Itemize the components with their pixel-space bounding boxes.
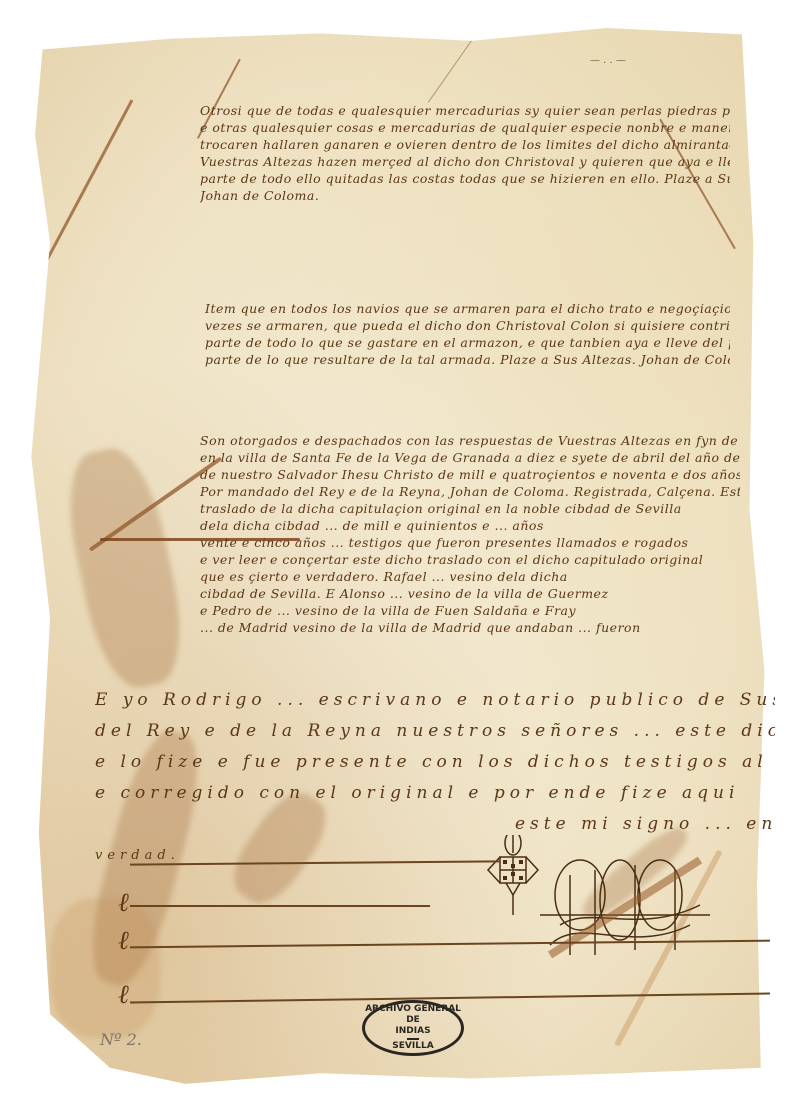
text-line: parte de todo ello quitadas las costas t… — [200, 170, 730, 187]
rule-hook-icon: ℓ — [118, 980, 129, 1010]
text-line: que es çierto e verdadero. Rafael ... ve… — [200, 568, 740, 585]
stamp-line-4: SEVILLA — [392, 1041, 433, 1052]
text-line: Vuestras Altezas hazen merçed al dicho d… — [200, 153, 730, 170]
text-line: parte de todo lo que se gastare en el ar… — [205, 334, 730, 351]
text-line: Por mandado del Rey e de la Reyna, Johan… — [200, 483, 740, 500]
stamp-line-2: DE — [406, 1015, 420, 1026]
paper-crack — [428, 28, 480, 102]
water-stain — [56, 441, 194, 694]
text-line: vente e cinco años ... testigos que fuer… — [200, 534, 740, 551]
catalog-number: Nº 2. — [100, 1030, 142, 1049]
archive-stamp: ARCHIVO GENERAL DE INDIAS SEVILLA — [362, 1000, 464, 1056]
paper-crack — [9, 99, 134, 330]
text-line: cibdad de Sevilla. E Alonso ... vesino d… — [200, 585, 740, 602]
text-line: parte de lo que resultare de la tal arma… — [205, 351, 730, 368]
paragraph-1: Otrosi que de todas e qualesquier mercad… — [200, 102, 730, 204]
text-line: de nuestro Salvador Ihesu Christo de mil… — [200, 466, 740, 483]
notarial-signum-icon — [478, 835, 548, 915]
marginal-marks: — . . — — [590, 55, 626, 66]
text-line: Son otorgados e despachados con las resp… — [200, 432, 740, 449]
notarial-paragraph: E yo Rodrigo ... escrivano e notario pub… — [95, 685, 775, 871]
text-line: vezes se armaren, que pueda el dicho don… — [205, 317, 730, 334]
stamp-line-1: ARCHIVO GENERAL — [365, 1004, 461, 1015]
stamp-divider — [407, 1038, 419, 1040]
text-line: ... de Madrid vesino de la villa de Madr… — [200, 619, 740, 636]
stamp-line-3: INDIAS — [395, 1026, 430, 1037]
text-line: Otrosi que de todas e qualesquier mercad… — [200, 102, 730, 119]
text-line: del Rey e de la Reyna nuestros señores .… — [95, 716, 775, 747]
text-line: e lo fize e fue presente con los dichos … — [95, 747, 775, 778]
text-line: traslado de la dicha capitulaçion origin… — [200, 500, 740, 517]
paragraph-3: Son otorgados e despachados con las resp… — [200, 432, 740, 636]
text-line: e otras qualesquier cosas e mercadurias … — [200, 119, 730, 136]
text-line: e Pedro de ... vesino de la villa de Fue… — [200, 602, 740, 619]
text-line: dela dicha cibdad ... de mill e quinient… — [200, 517, 740, 534]
text-line: Johan de Coloma. — [200, 187, 730, 204]
rule-hook-icon: ℓ — [118, 926, 129, 956]
text-line: trocaren hallaren ganaren e ovieren dent… — [200, 136, 730, 153]
text-line: Item que en todos los navios que se arma… — [205, 300, 730, 317]
text-line: E yo Rodrigo ... escrivano e notario pub… — [95, 685, 775, 716]
rubric-signature-icon — [540, 855, 710, 965]
text-line: este mi signo ... en testimonio de — [95, 809, 775, 840]
rule-hook-icon: ℓ — [118, 888, 129, 918]
water-stain — [50, 898, 160, 1038]
text-line: e ver leer e conçertar este dicho trasla… — [200, 551, 740, 568]
ruled-line — [130, 905, 430, 907]
text-line: en la villa de Santa Fe de la Vega de Gr… — [200, 449, 740, 466]
text-line: e corregido con el original e por ende f… — [95, 778, 775, 809]
paragraph-2: Item que en todos los navios que se arma… — [205, 300, 730, 368]
